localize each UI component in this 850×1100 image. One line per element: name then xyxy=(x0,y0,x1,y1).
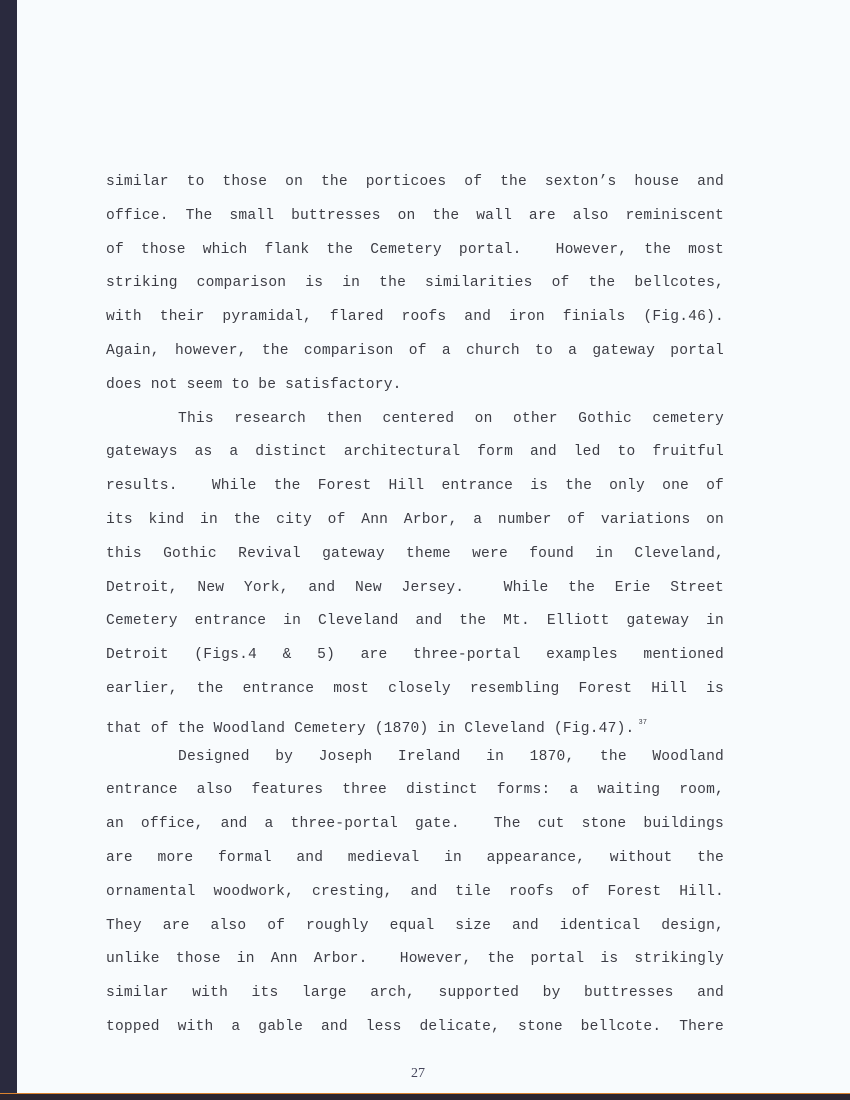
text-line: with their pyramidal, flared roofs and i… xyxy=(106,303,724,337)
text-line: are more formal and medieval in appearan… xyxy=(106,844,724,878)
text-line: entrance also features three distinct fo… xyxy=(106,776,724,810)
paragraph-3: Designed by Joseph Ireland in 1870, the … xyxy=(106,743,724,1047)
footnote-reference: 37 xyxy=(639,719,647,727)
text-line-with-footnote: that of the Woodland Cemetery (1870) in … xyxy=(106,709,724,743)
text-line: that of the Woodland Cemetery (1870) in … xyxy=(106,721,635,737)
text-line: Designed by Joseph Ireland in 1870, the … xyxy=(106,743,724,777)
text-line: gateways as a distinct architectural for… xyxy=(106,438,724,472)
text-line: earlier, the entrance most closely resem… xyxy=(106,675,724,709)
text-line: its kind in the city of Ann Arbor, a num… xyxy=(106,506,724,540)
scan-bottom-border xyxy=(0,1093,850,1100)
text-line: Detroit (Figs.4 & 5) are three-portal ex… xyxy=(106,641,724,675)
scan-left-border xyxy=(0,0,17,1100)
paragraph-1: similar to those on the porticoes of the… xyxy=(106,168,724,405)
body-text: similar to those on the porticoes of the… xyxy=(106,168,724,1047)
text-line: Cemetery entrance in Cleveland and the M… xyxy=(106,607,724,641)
text-line: Detroit, New York, and New Jersey. While… xyxy=(106,574,724,608)
text-line: They are also of roughly equal size and … xyxy=(106,912,724,946)
text-line: This research then centered on other Got… xyxy=(106,405,724,439)
text-line: of those which flank the Cemetery portal… xyxy=(106,236,724,270)
text-line: similar with its large arch, supported b… xyxy=(106,979,724,1013)
text-line: similar to those on the porticoes of the… xyxy=(106,168,724,202)
paragraph-2: This research then centered on other Got… xyxy=(106,405,724,743)
text-line: office. The small buttresses on the wall… xyxy=(106,202,724,236)
text-line: striking comparison is in the similariti… xyxy=(106,269,724,303)
text-line: results. While the Forest Hill entrance … xyxy=(106,472,724,506)
text-line: an office, and a three-portal gate. The … xyxy=(106,810,724,844)
text-line: unlike those in Ann Arbor. However, the … xyxy=(106,945,724,979)
text-line: this Gothic Revival gateway theme were f… xyxy=(106,540,724,574)
page-number: 27 xyxy=(411,1066,425,1082)
text-line: Again, however, the comparison of a chur… xyxy=(106,337,724,371)
text-line: ornamental woodwork, cresting, and tile … xyxy=(106,878,724,912)
text-line: topped with a gable and less delicate, s… xyxy=(106,1013,724,1047)
text-line: does not seem to be satisfactory. xyxy=(106,371,724,405)
